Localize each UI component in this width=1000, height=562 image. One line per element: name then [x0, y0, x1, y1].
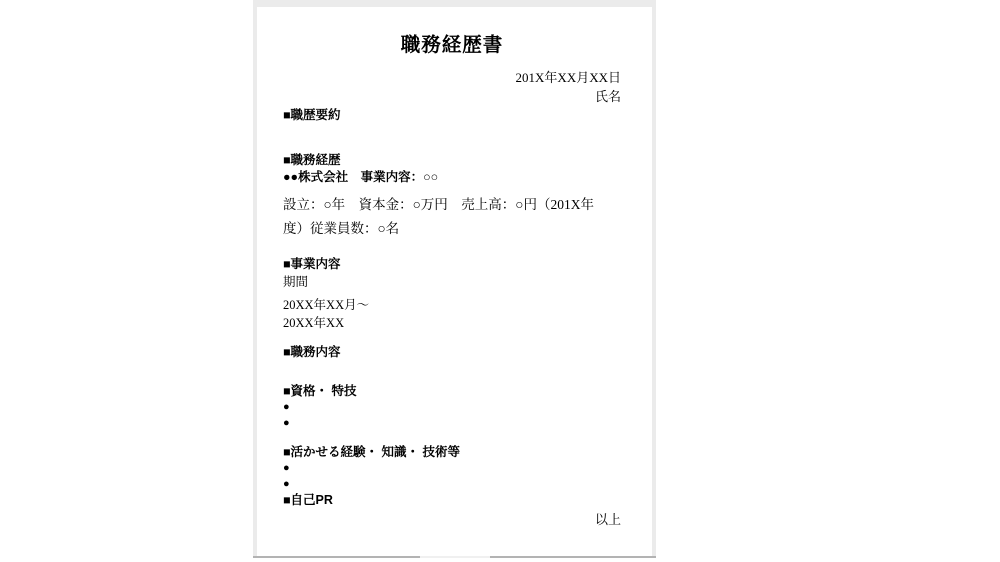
page-bottom-notch — [420, 556, 490, 558]
company-name-line: ●●株式会社 事業内容：○○ — [283, 169, 621, 186]
document-page-frame: 職務経歴書 201X年XX月XX日 氏名 ■職歴要約 ■職務経歴 ●●株式会社 … — [253, 0, 656, 558]
qualification-bullet: ● — [283, 399, 621, 415]
period-label: 期間 — [283, 274, 621, 291]
section-heading-work-history: ■職務経歴 — [283, 152, 621, 169]
period-end: 20XX年XX — [283, 314, 621, 332]
company-details-line1: 設立：○年 資本金：○万円 売上高：○円（201X年 — [283, 193, 621, 217]
document-page: 職務経歴書 201X年XX月XX日 氏名 ■職歴要約 ■職務経歴 ●●株式会社 … — [257, 7, 652, 556]
name-label: 氏名 — [283, 87, 621, 106]
app-canvas: 職務経歴書 201X年XX月XX日 氏名 ■職歴要約 ■職務経歴 ●●株式会社 … — [0, 0, 1000, 562]
section-heading-job-duties: ■職務内容 — [283, 344, 621, 361]
section-heading-qualifications: ■資格・ 特技 — [283, 383, 621, 399]
section-heading-career-summary: ■職歴要約 — [283, 106, 621, 125]
closing-label: 以上 — [283, 510, 621, 529]
section-heading-business-content: ■事業内容 — [283, 254, 621, 274]
skill-bullet: ● — [283, 476, 621, 492]
section-heading-applicable-skills: ■活かせる経験・ 知識・ 技術等 — [283, 444, 621, 460]
section-heading-self-pr: ■自己PR — [283, 492, 621, 508]
document-title: 職務経歴書 — [283, 34, 621, 56]
qualification-bullet: ● — [283, 415, 621, 431]
company-details-line2: 度）従業員数：○名 — [283, 217, 621, 241]
skill-bullet: ● — [283, 460, 621, 476]
period-start: 20XX年XX月～ — [283, 296, 621, 314]
document-date: 201X年XX月XX日 — [283, 68, 621, 87]
company-details: 設立：○年 資本金：○万円 売上高：○円（201X年 度）従業員数：○名 — [283, 193, 621, 241]
